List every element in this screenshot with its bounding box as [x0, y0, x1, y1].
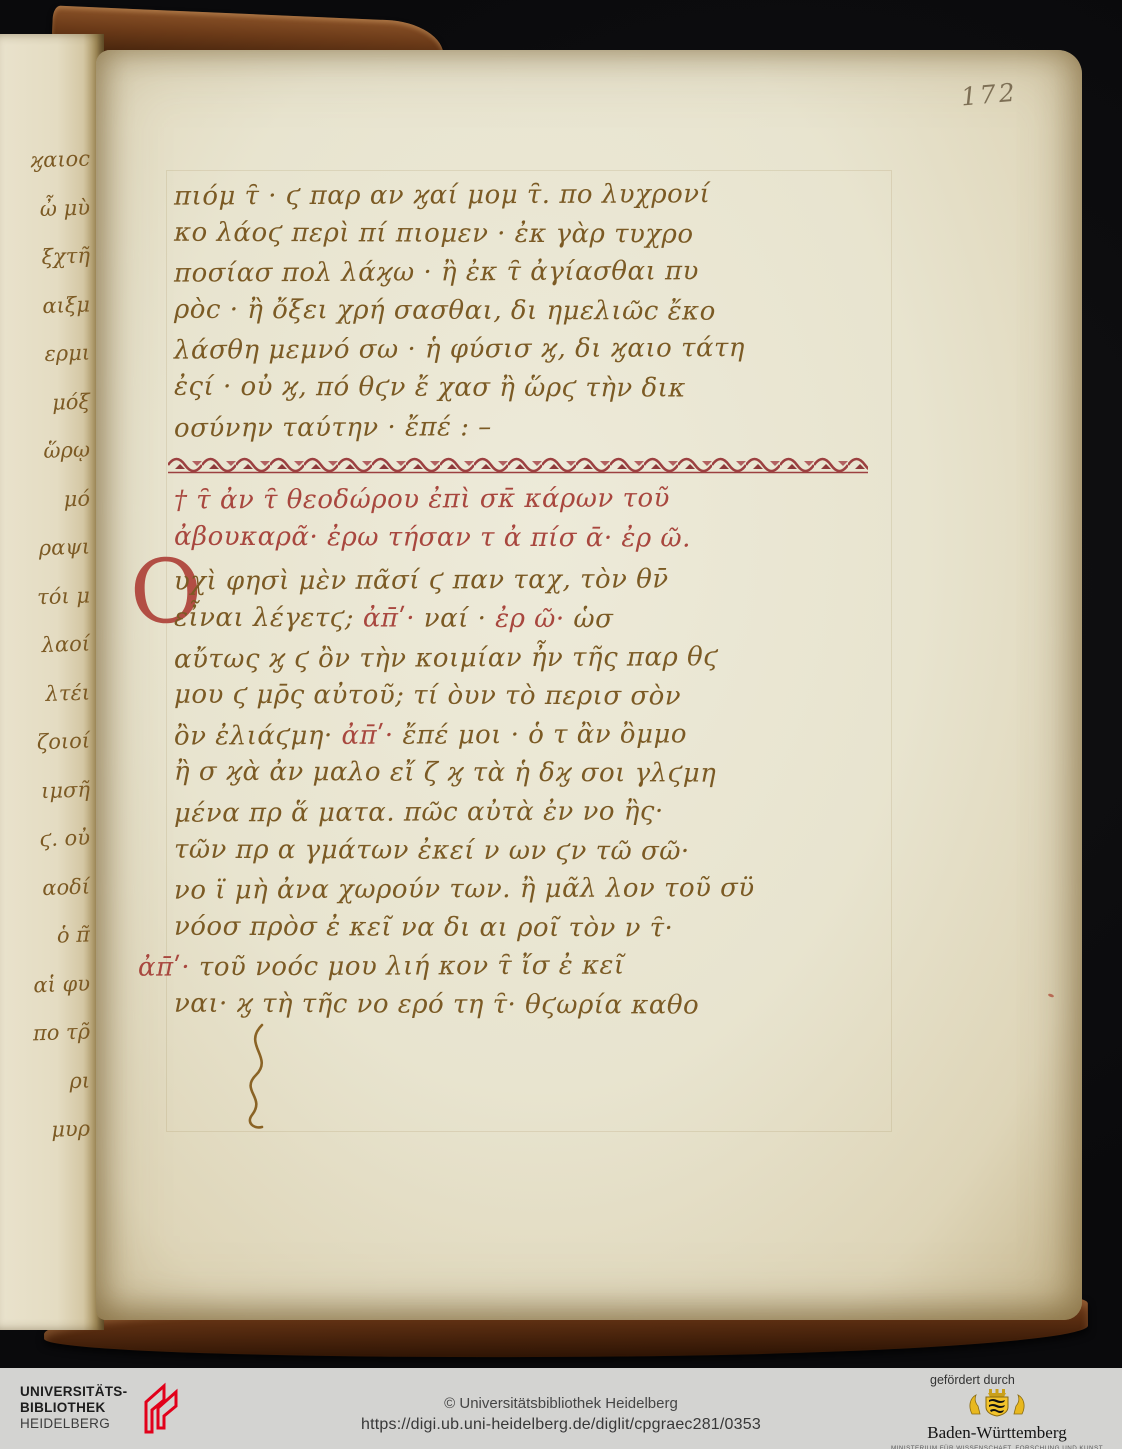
facing-page-fragment: ξχτῆ [0, 231, 91, 283]
facing-page-fragment: ὁ π̃ [0, 910, 91, 962]
funding-ministry-line: MINISTERIUM FÜR WISSENSCHAFT, FORSCHUNG … [886, 1445, 1108, 1449]
funding-block: gefördert durch Baden-Württemberg MINIST… [886, 1373, 1108, 1449]
facing-page-edge: ϗαιοcὦ μὺξχτῆαιξμερμιμόξὥρῳμόραψιτόι μλα… [0, 34, 104, 1330]
facing-page-fragment: ιμσῆ [0, 765, 91, 817]
funding-state-name: Baden-Württemberg [886, 1423, 1108, 1443]
footer-bar: UNIVERSITÄTS- BIBLIOTHEK HEIDELBERG © Un… [0, 1368, 1122, 1449]
manuscript-line: ρὸc · ἢ ὄξει χρή σασθαι, δι ημελιῶc ἔκο [174, 291, 898, 332]
manuscript-line: ποσίασ πολ λάϗω · ἢ ἐκ τ̑ ἀγίασθαι πυ [174, 252, 898, 294]
funding-label: gefördert durch [886, 1373, 1108, 1387]
folio-number: 172 [960, 78, 1019, 112]
facing-page-fragment: ὦ μὺ [0, 183, 91, 235]
text-block-main: υχὶ φησὶ μὲν πᾶσί ϛ παν ταχ, τὸν θν̄εἶνα… [174, 561, 898, 1024]
manuscript-line: οσύνην ταύτην · ἔπέ : – [174, 406, 898, 448]
manuscript-line: πιόμ τ̑ · ϛ παρ αν ϗαί μομ τ̑. πο λυχρον… [174, 174, 898, 216]
facing-page-fragment: αἱ φυ [0, 959, 91, 1011]
rubric-heading-line: † τ̑ ἀν τ̑ θεοδώρου ἐπὶ σκ̄ κάρων τοῦ [174, 479, 898, 521]
manuscript-line: ἢ σ ϗὰ ἀν μαλο εἴ ζ ϗ τὰ ἡ δϗ σοι γλϛμη [174, 753, 898, 794]
main-paragraph: Ο υχὶ φησὶ μὲν πᾶσί ϛ παν ταχ, τὸν θν̄εἶ… [174, 561, 898, 1024]
baden-wuerttemberg-arms-icon [958, 1388, 1036, 1418]
margin-red-mark [1048, 993, 1055, 998]
facing-page-fragment: λαοί [0, 619, 91, 671]
manuscript-page: 172 πιόμ τ̑ · ϛ παρ αν ϗαί μομ τ̑. πο λυ… [96, 50, 1082, 1320]
facing-page-fragment: ερμι [0, 328, 91, 380]
manuscript-line: αὔτως ϗ ϛ ὂν τὴν κοιμίαν ἦν τῆς παρ θϛ [174, 637, 898, 679]
facing-page-fragment: ραψι [0, 522, 91, 574]
facing-page-fragment: ζοιοί [0, 716, 91, 768]
manuscript-line: λάσθη μεμνό σω · ἡ φύσισ ϗ, δι ϗαιο τάτη [174, 329, 898, 371]
manuscript-line: κο λάοϛ περὶ πί πιομεν · ἐκ γὰρ τυχρο [174, 213, 898, 254]
viewer-stage: ϗαιοcὦ μὺξχτῆαιξμερμιμόξὥρῳμόραψιτόι μλα… [0, 0, 1122, 1449]
facing-page-fragment: ϗαιοc [0, 134, 91, 186]
final-flourish [232, 1023, 282, 1133]
manuscript-line: ἀπ̄ʹ· τοῦ νοόc μου λιή κον τ̑ ἴσ ἐ κεῖ [138, 946, 898, 988]
facing-page-text-fragments: ϗαιοcὦ μὺξχτῆαιξμερμιμόξὥρῳμόραψιτόι μλα… [0, 136, 90, 1155]
manuscript-line: υχὶ φησὶ μὲν πᾶσί ϛ παν ταχ, τὸν θν̄ [174, 560, 898, 602]
manuscript-line: ναι· ϗ τὴ τῆc νο ερό τη τ̑· θϛωρία καθο [174, 985, 898, 1026]
facing-page-fragment: τόι μ [0, 571, 91, 623]
facing-page-fragment: αιξμ [0, 280, 91, 332]
facing-page-fragment: ὥρῳ [0, 425, 91, 477]
facing-page-fragment: λτέι [0, 668, 91, 720]
facing-page-fragment: πο τρ̃ [0, 1007, 91, 1059]
facing-page-fragment: ρι [0, 1056, 91, 1108]
facing-page-fragment: μό [0, 474, 91, 526]
facing-page-fragment: μυρ [0, 1104, 91, 1156]
manuscript-line: νόοσ πρὸσ ἐ κεῖ να δι αι ροῖ τὸν ν τ̑· [174, 907, 898, 948]
manuscript-line: ὂν ἐλιάϛμη· ἀπ̄ʹ· ἔπέ μοι · ὁ τ ἂν ὂμμο [174, 714, 898, 756]
manuscript-line: μένα πρ ἅ ματα. πῶc αὐτὰ ἐν νο ἢς· [174, 791, 898, 833]
manuscript-line: ἐςί · οὐ ϗ, πό θϛν ἔ χασ ἢ ὥρϛ τὴν δικ [174, 368, 898, 409]
manuscript-line: τῶν πρ α γμάτων ἐκεί ν ων ϛν τῶ σῶ· [174, 830, 898, 871]
rubric-heading: † τ̑ ἀν τ̑ θεοδώρου ἐπὶ σκ̄ κάρων τοῦἀβο… [174, 480, 898, 557]
facing-page-fragment: μόξ [0, 377, 91, 429]
facing-page-fragment: ϛ. οὐ [0, 813, 91, 865]
manuscript-line: μου ϛ μρ̄ς αὐτοῦ; τί ὸυν τὸ περισ σὸν [174, 676, 898, 717]
text-block: πιόμ τ̑ · ϛ παρ αν ϗαί μομ τ̑. πο λυχρον… [174, 176, 898, 1024]
rubric-heading-line: ἀβουκαρᾶ· ἐρω τήσαν τ ἀ πίσ ᾱ· ἐρ ῶ. [174, 517, 898, 558]
facing-page-fragment: αοδί [0, 862, 91, 914]
text-block-upper: πιόμ τ̑ · ϛ παρ αν ϗαί μομ τ̑. πο λυχρον… [174, 176, 898, 446]
manuscript-line: εἶναι λέγετϛ; ἀπ̄ʹ· ναί · ἐρ ῶ· ὡσ [174, 599, 898, 640]
manuscript-line: νο ϊ μὴ ἀνα χωρούν των. ἢ μᾶλ λον τοῦ σϋ [174, 869, 898, 911]
section-divider-ornament [168, 456, 868, 474]
